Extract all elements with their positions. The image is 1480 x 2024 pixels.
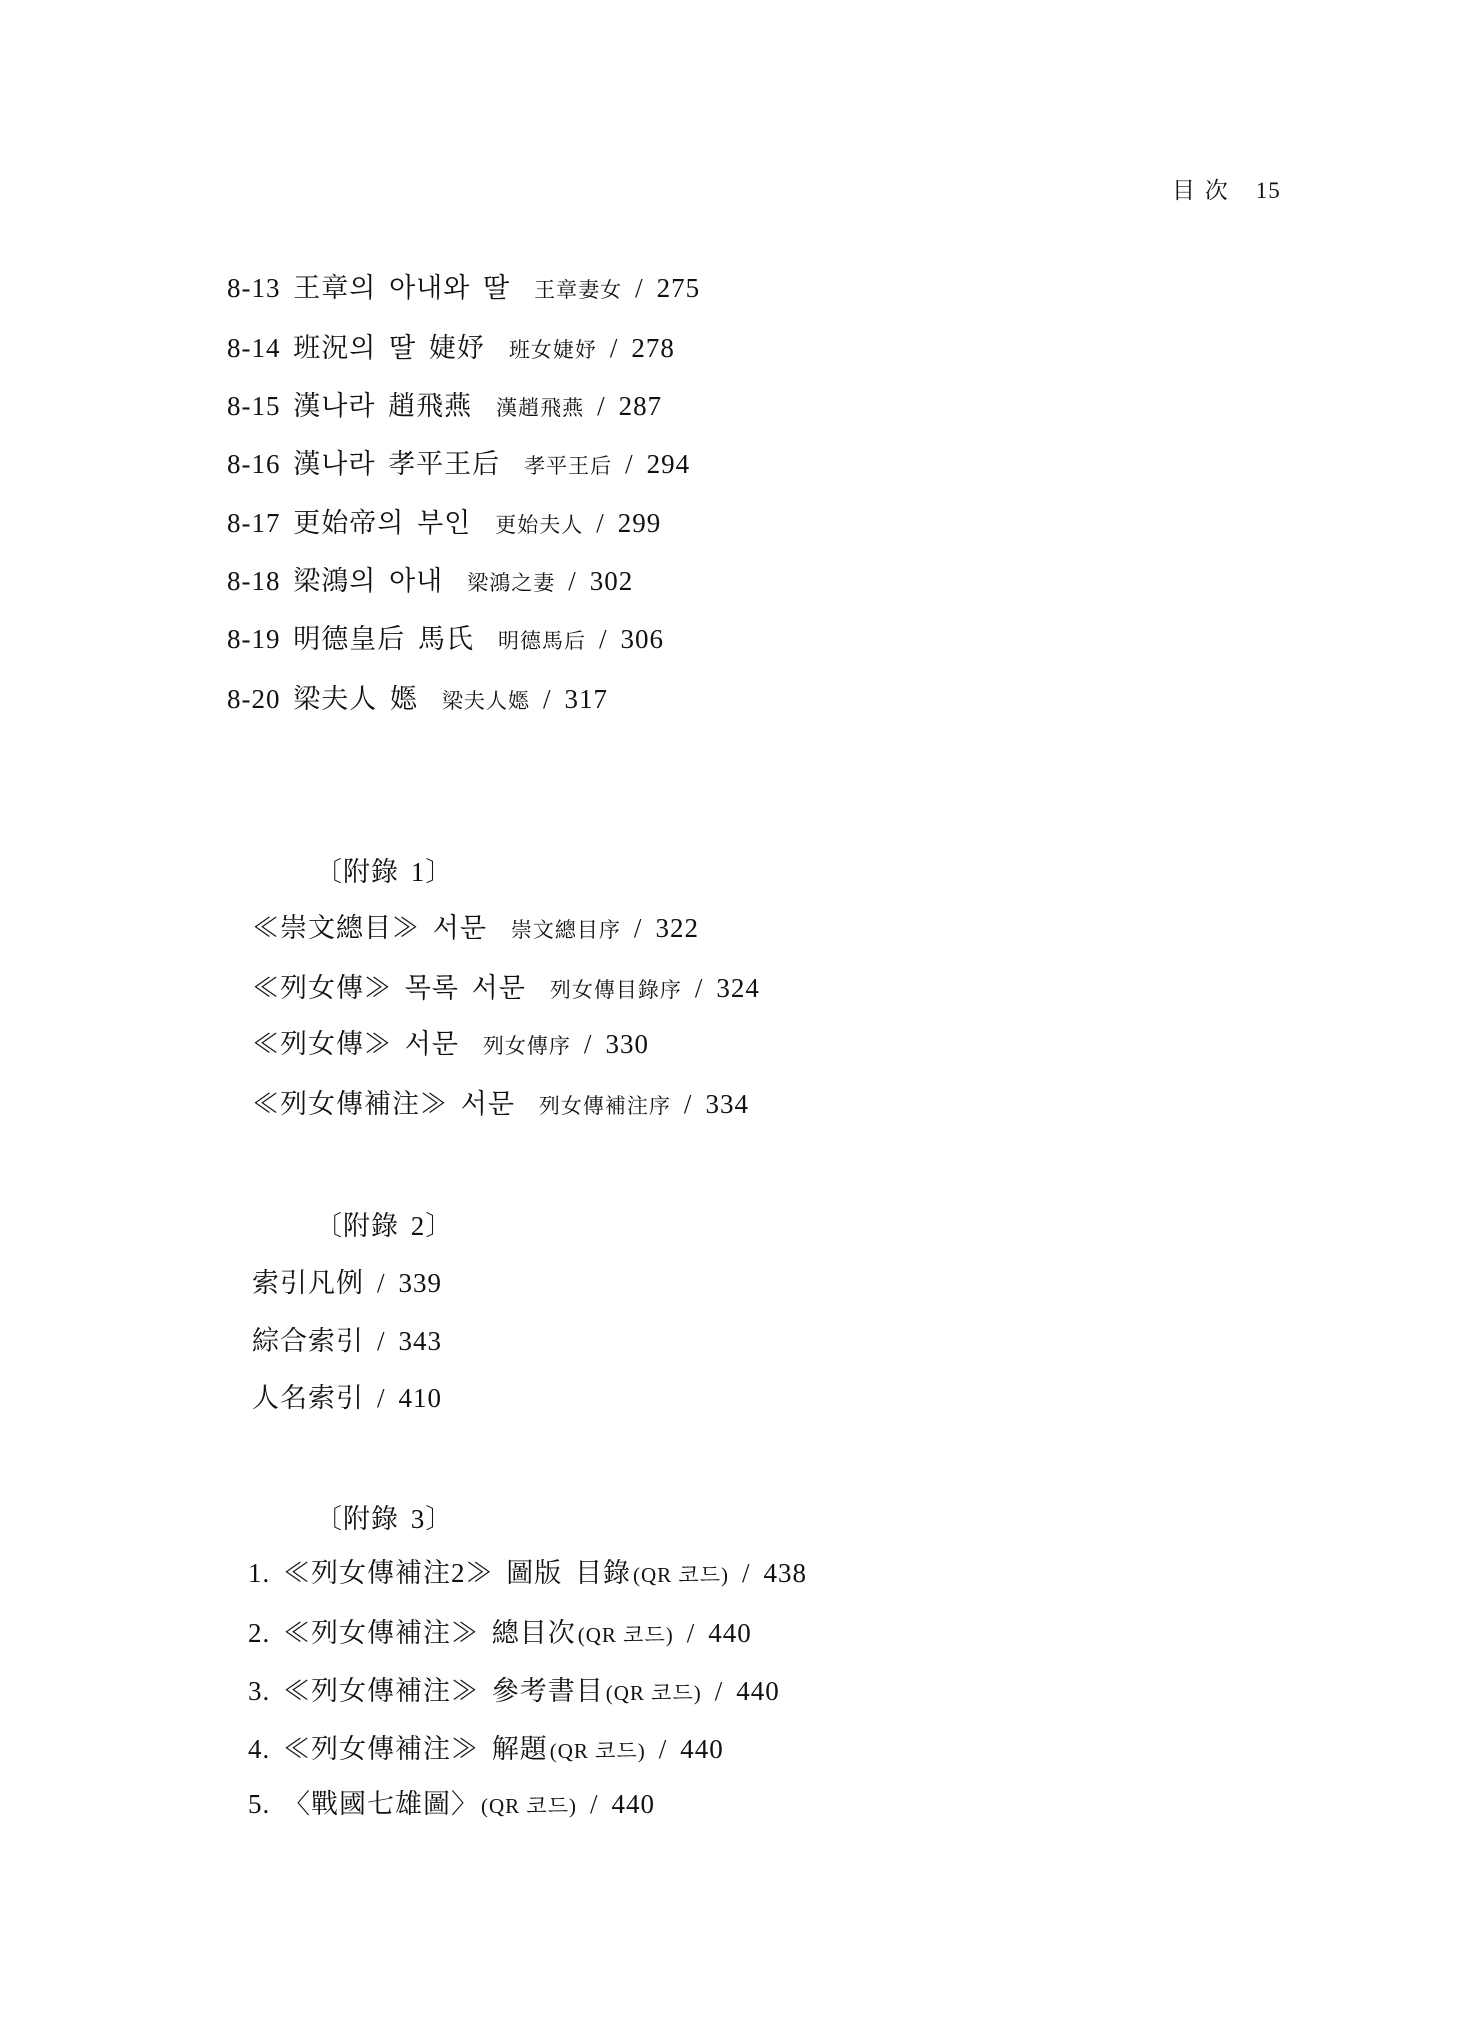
entry-separator: / [377, 1326, 386, 1356]
appendix-entry: 人名索引/410 [252, 1384, 442, 1414]
entry-separator: / [687, 1618, 696, 1648]
entry-separator: / [599, 624, 608, 654]
entry-separator: / [659, 1734, 668, 1764]
entry-page-number: 302 [590, 566, 634, 596]
appendix-entry: 4. ≪列女傳補注≫ 解題(QR 코드)/440 [248, 1735, 724, 1765]
entry-hanja-gloss: 崇文總目序 [511, 918, 621, 942]
appendix-entry: ≪列女傳≫ 목록 서문列女傳目錄序/324 [252, 974, 760, 1004]
appendix-entry: 5. 〈戰國七雄圖〉(QR 코드)/440 [248, 1790, 655, 1820]
entry-title: 8-14 班況의 딸 婕妤 [227, 333, 485, 363]
entry-separator: / [377, 1268, 386, 1298]
entry-separator: / [568, 566, 577, 596]
entry-page-number: 438 [764, 1558, 808, 1588]
entry-page-number: 324 [716, 973, 760, 1003]
entry-page-number: 275 [657, 273, 701, 303]
entry-hanja-gloss: 列女傳目錄序 [550, 978, 682, 1002]
appendix-entry: ≪崇文總目≫ 서문崇文總目序/322 [252, 914, 699, 944]
entry-separator: / [543, 684, 552, 714]
toc-entry: 8-17 更始帝의 부인更始夫人/299 [227, 509, 661, 539]
entry-title: 4. ≪列女傳補注≫ 解題 [248, 1734, 548, 1764]
entry-page-number: 440 [680, 1734, 724, 1764]
entry-title: 8-19 明德皇后 馬氏 [227, 624, 474, 654]
entry-title: 索引凡例 [252, 1268, 364, 1298]
toc-entry: 8-20 梁夫人 嫕梁夫人嫕/317 [227, 685, 608, 715]
entry-separator: / [715, 1676, 724, 1706]
entry-title: 2. ≪列女傳補注≫ 總目次 [248, 1618, 576, 1648]
entry-page-number: 287 [619, 391, 663, 421]
entry-page-number: 343 [399, 1326, 443, 1356]
running-header: 目 次15 [1172, 178, 1281, 203]
entry-page-number: 322 [655, 913, 699, 943]
entry-separator: / [634, 913, 643, 943]
appendix-entry: 1. ≪列女傳補注2≫ 圖版 目錄(QR 코드)/438 [248, 1559, 807, 1589]
entry-title: ≪列女傳補注≫ 서문 [252, 1089, 515, 1119]
entry-title: 綜合索引 [252, 1326, 364, 1356]
entry-separator: / [377, 1383, 386, 1413]
entry-page-number: 440 [708, 1618, 752, 1648]
entry-qr-code-note: (QR 코드) [550, 1739, 646, 1763]
entry-hanja-gloss: 漢趙飛燕 [496, 396, 584, 420]
entry-hanja-gloss: 列女傳補注序 [539, 1094, 671, 1118]
entry-title: 8-15 漢나라 趙飛燕 [227, 391, 472, 421]
entry-qr-code-note: (QR 코드) [606, 1681, 702, 1705]
entry-separator: / [625, 449, 634, 479]
entry-qr-code-note: (QR 코드) [633, 1563, 729, 1587]
toc-entry: 8-18 梁鴻의 아내梁鴻之妻/302 [227, 567, 633, 597]
entry-page-number: 339 [399, 1268, 443, 1298]
entry-title: 3. ≪列女傳補注≫ 參考書目 [248, 1676, 604, 1706]
entry-page-number: 410 [399, 1383, 443, 1413]
entry-page-number: 294 [647, 449, 691, 479]
appendix-entry: ≪列女傳≫ 서문列女傳序/330 [252, 1030, 649, 1060]
entry-hanja-gloss: 班女婕妤 [509, 338, 597, 362]
entry-page-number: 440 [736, 1676, 780, 1706]
entry-separator: / [596, 508, 605, 538]
entry-hanja-gloss: 孝平王后 [524, 454, 612, 478]
entry-hanja-gloss: 更始夫人 [495, 513, 583, 537]
entry-separator: / [584, 1029, 593, 1059]
entry-hanja-gloss: 明德馬后 [498, 629, 586, 653]
entry-title: 8-18 梁鴻의 아내 [227, 566, 443, 596]
folio-page-number: 15 [1256, 178, 1281, 203]
toc-page: 目 次15 8-13 王章의 아내와 딸王章妻女/275 8-14 班況의 딸 … [0, 0, 1480, 2024]
entry-qr-code-note: (QR 코드) [578, 1623, 674, 1647]
entry-separator: / [635, 273, 644, 303]
running-header-title: 目 次 [1172, 178, 1230, 203]
entry-title: ≪列女傳≫ 서문 [252, 1029, 459, 1059]
appendix-entry: ≪列女傳補注≫ 서문列女傳補注序/334 [252, 1090, 749, 1120]
entry-page-number: 317 [565, 684, 609, 714]
toc-entry: 8-13 王章의 아내와 딸王章妻女/275 [227, 274, 700, 304]
toc-entry: 8-14 班況의 딸 婕妤班女婕妤/278 [227, 334, 675, 364]
entry-title: 人名索引 [252, 1383, 364, 1413]
entry-separator: / [684, 1089, 693, 1119]
entry-title: 5. 〈戰國七雄圖〉 [248, 1789, 479, 1819]
entry-separator: / [610, 333, 619, 363]
appendix-entry: 索引凡例/339 [252, 1269, 442, 1299]
appendix-entry: 3. ≪列女傳補注≫ 參考書目(QR 코드)/440 [248, 1677, 780, 1707]
entry-page-number: 278 [631, 333, 675, 363]
appendix-1-header: 〔附錄 1〕 [315, 858, 453, 888]
entry-hanja-gloss: 王章妻女 [534, 278, 622, 302]
appendix-entry: 綜合索引/343 [252, 1327, 442, 1357]
entry-title: 8-20 梁夫人 嫕 [227, 684, 418, 714]
entry-separator: / [590, 1789, 599, 1819]
entry-title: 1. ≪列女傳補注2≫ 圖版 目錄 [248, 1558, 631, 1588]
entry-separator: / [742, 1558, 751, 1588]
appendix-2-header: 〔附錄 2〕 [315, 1212, 453, 1242]
appendix-3-header: 〔附錄 3〕 [315, 1505, 453, 1535]
appendix-entry: 2. ≪列女傳補注≫ 總目次(QR 코드)/440 [248, 1619, 752, 1649]
entry-title: ≪崇文總目≫ 서문 [252, 913, 487, 943]
entry-title: 8-16 漢나라 孝平王后 [227, 449, 500, 479]
entry-hanja-gloss: 列女傳序 [483, 1034, 571, 1058]
entry-page-number: 306 [621, 624, 665, 654]
entry-page-number: 334 [705, 1089, 749, 1119]
entry-separator: / [695, 973, 704, 1003]
entry-title: ≪列女傳≫ 목록 서문 [252, 973, 526, 1003]
entry-separator: / [597, 391, 606, 421]
entry-page-number: 299 [618, 508, 662, 538]
entry-title: 8-17 更始帝의 부인 [227, 508, 471, 538]
entry-page-number: 440 [612, 1789, 656, 1819]
toc-entry: 8-16 漢나라 孝平王后孝平王后/294 [227, 450, 690, 480]
entry-qr-code-note: (QR 코드) [481, 1794, 577, 1818]
entry-page-number: 330 [605, 1029, 649, 1059]
toc-entry: 8-19 明德皇后 馬氏明德馬后/306 [227, 625, 664, 655]
entry-hanja-gloss: 梁夫人嫕 [442, 689, 530, 713]
entry-title: 8-13 王章의 아내와 딸 [227, 273, 510, 303]
toc-entry: 8-15 漢나라 趙飛燕漢趙飛燕/287 [227, 392, 662, 422]
entry-hanja-gloss: 梁鴻之妻 [467, 571, 555, 595]
